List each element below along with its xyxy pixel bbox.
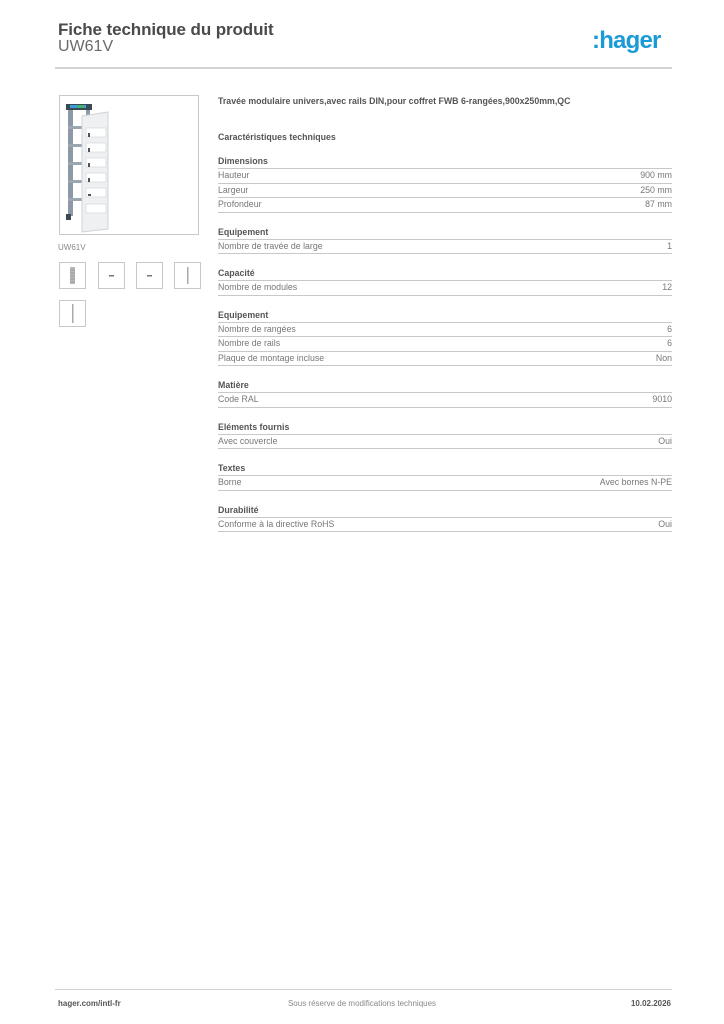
- spec-label: Conforme à la directive RoHS: [218, 518, 334, 532]
- spec-row: Hauteur900 mm: [218, 169, 672, 184]
- spec-section: EquipementNombre de rangées6Nombre de ra…: [218, 310, 672, 367]
- spec-section: Eléments fournisAvec couvercleOui: [218, 422, 672, 450]
- specs-table: DimensionsHauteur900 mmLargeur250 mmProf…: [218, 156, 672, 532]
- spec-value: 12: [662, 281, 672, 295]
- section-title: Eléments fournis: [218, 422, 672, 435]
- spec-label: Profondeur: [218, 198, 262, 212]
- thumbnail-1[interactable]: [59, 262, 86, 289]
- spec-value: 6: [667, 323, 672, 337]
- spec-row: BorneAvec bornes N-PE: [218, 476, 672, 491]
- spec-section: DimensionsHauteur900 mmLargeur250 mmProf…: [218, 156, 672, 213]
- thumbnail-3[interactable]: [136, 262, 163, 289]
- spec-value: Oui: [658, 435, 672, 449]
- thumbnail-2[interactable]: [98, 262, 125, 289]
- spec-section: TextesBorneAvec bornes N-PE: [218, 463, 672, 491]
- footer-date: 10.02.2026: [631, 999, 671, 1008]
- page-title: Fiche technique du produit: [58, 20, 274, 40]
- section-title: Matière: [218, 380, 672, 393]
- spec-value: 6: [667, 337, 672, 351]
- section-title: Equipement: [218, 227, 672, 240]
- spec-row: Profondeur87 mm: [218, 198, 672, 213]
- product-image[interactable]: [59, 95, 199, 235]
- spec-row: Code RAL9010: [218, 393, 672, 408]
- thumbnail-5[interactable]: [59, 300, 86, 327]
- spec-row: Nombre de rails6: [218, 337, 672, 352]
- spec-label: Largeur: [218, 184, 248, 198]
- spec-value: 87 mm: [645, 198, 672, 212]
- spec-label: Nombre de rails: [218, 337, 280, 351]
- spec-label: Code RAL: [218, 393, 259, 407]
- spec-row: Avec couvercleOui: [218, 435, 672, 450]
- hager-logo: :hager: [592, 27, 661, 55]
- spec-label: Nombre de rangées: [218, 323, 296, 337]
- specs-heading: Caractéristiques techniques: [218, 132, 672, 142]
- spec-section: MatièreCode RAL9010: [218, 380, 672, 408]
- spec-value: Oui: [658, 518, 672, 532]
- spec-label: Borne: [218, 476, 241, 490]
- header-divider: [55, 67, 672, 69]
- product-details: Travée modulaire univers,avec rails DIN,…: [218, 95, 672, 532]
- spec-label: Avec couvercle: [218, 435, 278, 449]
- spec-section: EquipementNombre de travée de large1: [218, 227, 672, 255]
- spec-value: Avec bornes N-PE: [600, 476, 672, 490]
- product-description: Travée modulaire univers,avec rails DIN,…: [218, 95, 672, 109]
- spec-row: Largeur250 mm: [218, 184, 672, 199]
- thumbnail-4[interactable]: [174, 262, 201, 289]
- spec-value: 9010: [652, 393, 672, 407]
- spec-label: Plaque de montage incluse: [218, 352, 324, 366]
- distribution-board-frame-icon: [60, 96, 198, 234]
- spec-row: Nombre de travée de large1: [218, 240, 672, 255]
- spec-value: Non: [656, 352, 672, 366]
- image-caption: UW61V: [58, 243, 86, 252]
- spec-value: 250 mm: [640, 184, 672, 198]
- dash-icon: [99, 263, 124, 288]
- vertical-line-icon: [175, 263, 200, 288]
- spec-label: Hauteur: [218, 169, 249, 183]
- spec-value: 1: [667, 240, 672, 254]
- spec-label: Nombre de modules: [218, 281, 297, 295]
- spec-row: Nombre de modules12: [218, 281, 672, 296]
- section-title: Textes: [218, 463, 672, 476]
- spec-section: DurabilitéConforme à la directive RoHSOu…: [218, 505, 672, 533]
- section-title: Equipement: [218, 310, 672, 323]
- footer-disclaimer: Sous réserve de modifications techniques: [0, 999, 724, 1008]
- section-title: Capacité: [218, 268, 672, 281]
- vertical-line-icon: [60, 301, 85, 326]
- section-title: Durabilité: [218, 505, 672, 518]
- spec-row: Plaque de montage incluseNon: [218, 352, 672, 367]
- rail-strip-icon: [60, 263, 85, 288]
- spec-section: CapacitéNombre de modules12: [218, 268, 672, 296]
- footer-divider: [55, 989, 672, 990]
- spec-row: Conforme à la directive RoHSOui: [218, 518, 672, 533]
- dash-icon: [137, 263, 162, 288]
- section-title: Dimensions: [218, 156, 672, 169]
- product-code: UW61V: [58, 38, 113, 56]
- spec-label: Nombre de travée de large: [218, 240, 323, 254]
- spec-value: 900 mm: [640, 169, 672, 183]
- spec-row: Nombre de rangées6: [218, 323, 672, 338]
